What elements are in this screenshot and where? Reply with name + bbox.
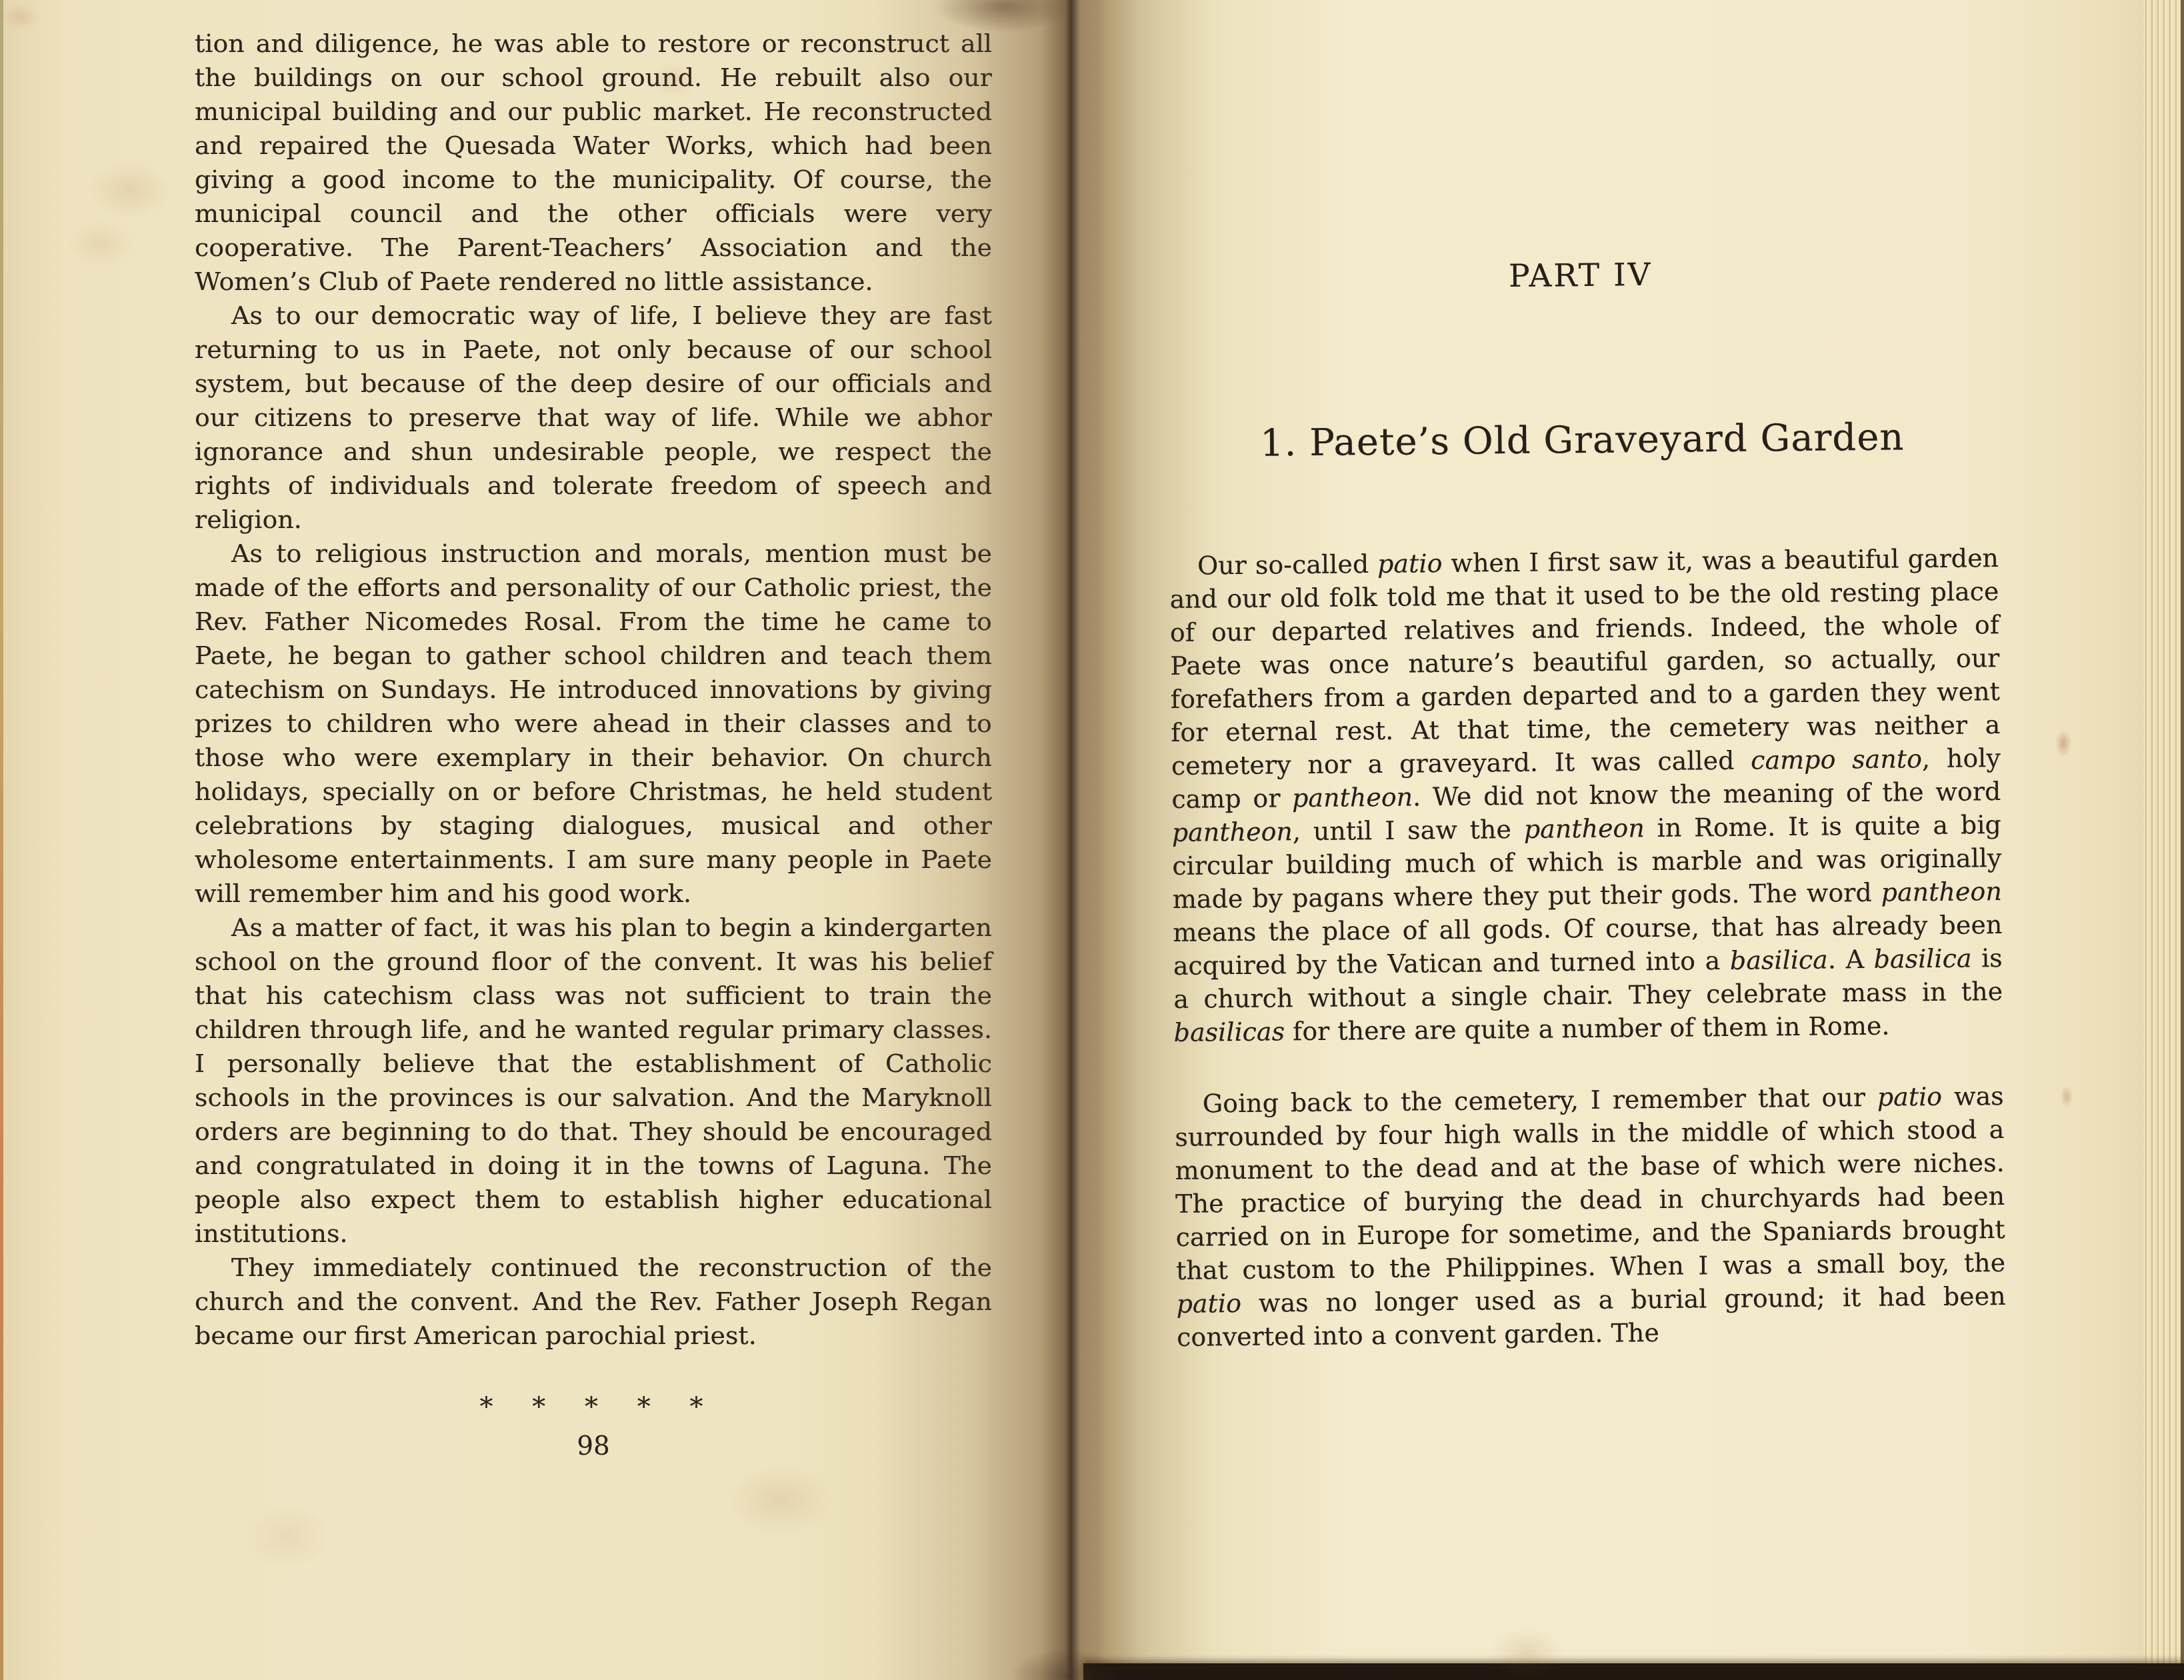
italic-text-run: patio: [1877, 1082, 1943, 1112]
text-run: tion and diligence, he was able to resto…: [195, 29, 992, 296]
paragraph: They immediately continued the reconstru…: [195, 1251, 992, 1353]
text-run: . A: [1828, 945, 1874, 975]
italic-text-run: basilica: [1730, 945, 1828, 975]
table-surface-strip: [1083, 1663, 2184, 1680]
page-fore-edge: [2143, 0, 2184, 1664]
section-separator-asterisks: * * * * *: [195, 1391, 992, 1422]
right-page-paragraphs: Our so-called patio when I first saw it,…: [1169, 541, 2007, 1354]
italic-text-run: basilica: [1873, 943, 1971, 973]
text-run: Our so-called: [1197, 549, 1378, 581]
text-run: Going back to the cemetery, I remember t…: [1203, 1083, 1877, 1119]
text-run: . We did not know the meaning of the wor…: [1413, 777, 2001, 811]
left-page-edge: [0, 0, 3, 1680]
italic-text-run: pantheon: [1292, 782, 1413, 813]
paragraph: As to religious instruction and morals, …: [195, 537, 992, 911]
left-page-paragraphs: tion and diligence, he was able to resto…: [195, 27, 992, 1353]
paragraph: tion and diligence, he was able to resto…: [195, 27, 992, 299]
italic-text-run: patio: [1377, 549, 1443, 579]
text-run: As to religious instruction and morals, …: [195, 539, 992, 908]
part-heading: PART IV: [1165, 253, 1996, 298]
left-page-text-column: tion and diligence, he was able to resto…: [195, 27, 992, 1461]
paragraph: Our so-called patio when I first saw it,…: [1169, 541, 2003, 1049]
text-run: , until I saw the: [1293, 815, 1524, 846]
italic-text-run: basilicas: [1174, 1017, 1285, 1047]
italic-text-run: pantheon: [1881, 877, 2002, 907]
text-run: was no longer used as a burial ground; i…: [1177, 1281, 2006, 1352]
paragraph: As a matter of fact, it was his plan to …: [195, 911, 992, 1251]
text-run: As to our democratic way of life, I beli…: [195, 301, 992, 534]
paragraph: As to our democratic way of life, I beli…: [195, 299, 992, 537]
italic-text-run: campo santo: [1751, 744, 1922, 775]
italic-text-run: pantheon: [1524, 813, 1645, 844]
text-run: As a matter of fact, it was his plan to …: [195, 913, 992, 1248]
paragraph: Going back to the cemetery, I remember t…: [1175, 1079, 2007, 1354]
book-spread: tion and diligence, he was able to resto…: [0, 0, 2184, 1680]
right-page-text-column: PART IV 1. Paete’s Old Graveyard Garden …: [1163, 0, 2009, 1680]
text-run: for there are quite a number of them in …: [1285, 1011, 1890, 1047]
italic-text-run: patio: [1176, 1289, 1241, 1319]
chapter-heading: 1. Paete’s Old Graveyard Garden: [1167, 415, 1998, 466]
page-number: 98: [195, 1431, 992, 1461]
text-run: They immediately continued the reconstru…: [195, 1253, 992, 1350]
italic-text-run: pantheon: [1172, 817, 1293, 847]
